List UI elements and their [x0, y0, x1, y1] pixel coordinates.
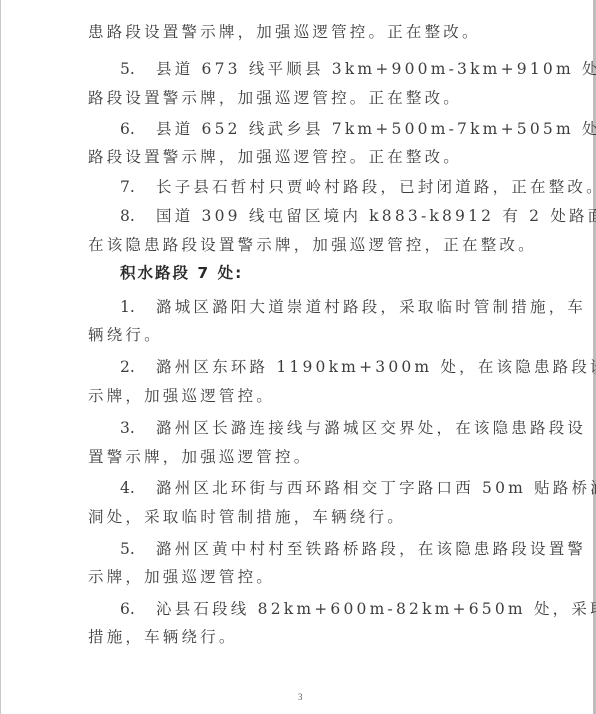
item-number: 6. — [120, 599, 156, 619]
line-text: 潞城区潞阳大道崇道村路段，采取临时管制措施，车 — [156, 298, 586, 316]
item-number: 2. — [120, 357, 156, 377]
list-item-6: 6.县道 652 线武乡县 7km+500m-7km+505m 处，在该隐患 — [120, 119, 596, 139]
line-text: 县道 673 线平顺县 3km+900m-3km+910m 处，在该隐患 — [156, 60, 596, 78]
list-item-1: 1.潞城区潞阳大道崇道村路段，采取临时管制措施，车 — [120, 297, 586, 317]
paragraph-line: 在该隐患路段设置警示牌，加强巡逻管控，正在整改。 — [88, 235, 537, 255]
list-item-5: 5.县道 673 线平顺县 3km+900m-3km+910m 处，在该隐患 — [120, 59, 596, 79]
paragraph-line: 患路段设置警示牌，加强巡逻管控。正在整改。 — [88, 22, 481, 42]
paragraph-line: 路段设置警示牌，加强巡逻管控。正在整改。 — [88, 88, 462, 108]
paragraph-line: 路段设置警示牌，加强巡逻管控。正在整改。 — [88, 147, 462, 167]
list-item-5: 5.潞州区黄中村村至铁路桥路段，在该隐患路段设置警 — [120, 539, 586, 559]
line-text: 置警示牌，加强巡逻管控。 — [88, 448, 312, 466]
line-text: 潞州区黄中村村至铁路桥路段，在该隐患路段设置警 — [156, 540, 586, 558]
list-item-2: 2.潞州区东环路 1190km+300m 处，在该隐患路段设置警 — [120, 357, 596, 377]
item-number: 8. — [120, 206, 156, 226]
line-text: 示牌，加强巡逻管控。 — [88, 387, 275, 405]
page-number: 3 — [298, 692, 303, 702]
list-item-6: 6.沁县石段线 82km+600m-82km+650m 处，采取临时管制 — [120, 599, 596, 619]
line-text: 县道 652 线武乡县 7km+500m-7km+505m 处，在该隐患 — [156, 120, 596, 138]
line-text: 路段设置警示牌，加强巡逻管控。正在整改。 — [88, 148, 462, 166]
item-number: 5. — [120, 59, 156, 79]
paragraph-line: 示牌，加强巡逻管控。 — [88, 386, 275, 406]
line-text: 辆绕行。 — [88, 326, 163, 344]
line-text: 长子县石哲村只贾岭村路段，已封闭道路，正在整改。 — [156, 178, 596, 196]
line-text: 潞州区长潞连接线与潞城区交界处，在该隐患路段设 — [156, 419, 586, 437]
list-item-8: 8.国道 309 线屯留区境内 k883-k8912 有 2 处路面坍塌， — [120, 206, 596, 226]
paragraph-line: 置警示牌，加强巡逻管控。 — [88, 447, 312, 467]
list-item-4: 4.潞州区北环街与西环路相交丁字路口西 50m 贴路桥涵 — [120, 478, 596, 498]
item-number: 7. — [120, 177, 156, 197]
item-number: 1. — [120, 297, 156, 317]
section-heading: 积水路段 7 处: — [120, 263, 243, 283]
line-text: 措施，车辆绕行。 — [88, 628, 238, 646]
item-number: 5. — [120, 539, 156, 559]
page-left-border — [0, 0, 1, 714]
line-text: 国道 309 线屯留区境内 k883-k8912 有 2 处路面坍塌， — [156, 207, 596, 225]
list-item-7: 7.长子县石哲村只贾岭村路段，已封闭道路，正在整改。 — [120, 177, 596, 197]
paragraph-line: 示牌，加强巡逻管控。 — [88, 567, 275, 587]
line-text: 潞州区北环街与西环路相交丁字路口西 50m 贴路桥涵 — [156, 479, 596, 497]
line-text: 示牌，加强巡逻管控。 — [88, 568, 275, 586]
list-item-3: 3.潞州区长潞连接线与潞城区交界处，在该隐患路段设 — [120, 418, 586, 438]
line-text: 患路段设置警示牌，加强巡逻管控。正在整改。 — [88, 23, 481, 41]
line-text: 洞处，采取临时管制措施，车辆绕行。 — [88, 508, 406, 526]
paragraph-line: 洞处，采取临时管制措施，车辆绕行。 — [88, 507, 406, 527]
line-text: 潞州区东环路 1190km+300m 处，在该隐患路段设置警 — [156, 358, 596, 376]
line-text: 沁县石段线 82km+600m-82km+650m 处，采取临时管制 — [156, 600, 596, 618]
paragraph-line: 措施，车辆绕行。 — [88, 627, 238, 647]
item-number: 3. — [120, 418, 156, 438]
line-text: 在该隐患路段设置警示牌，加强巡逻管控，正在整改。 — [88, 236, 537, 254]
paragraph-line: 辆绕行。 — [88, 325, 163, 345]
document-page: 患路段设置警示牌，加强巡逻管控。正在整改。 5.县道 673 线平顺县 3km+… — [0, 0, 596, 714]
item-number: 4. — [120, 478, 156, 498]
item-number: 6. — [120, 119, 156, 139]
line-text: 路段设置警示牌，加强巡逻管控。正在整改。 — [88, 89, 462, 107]
